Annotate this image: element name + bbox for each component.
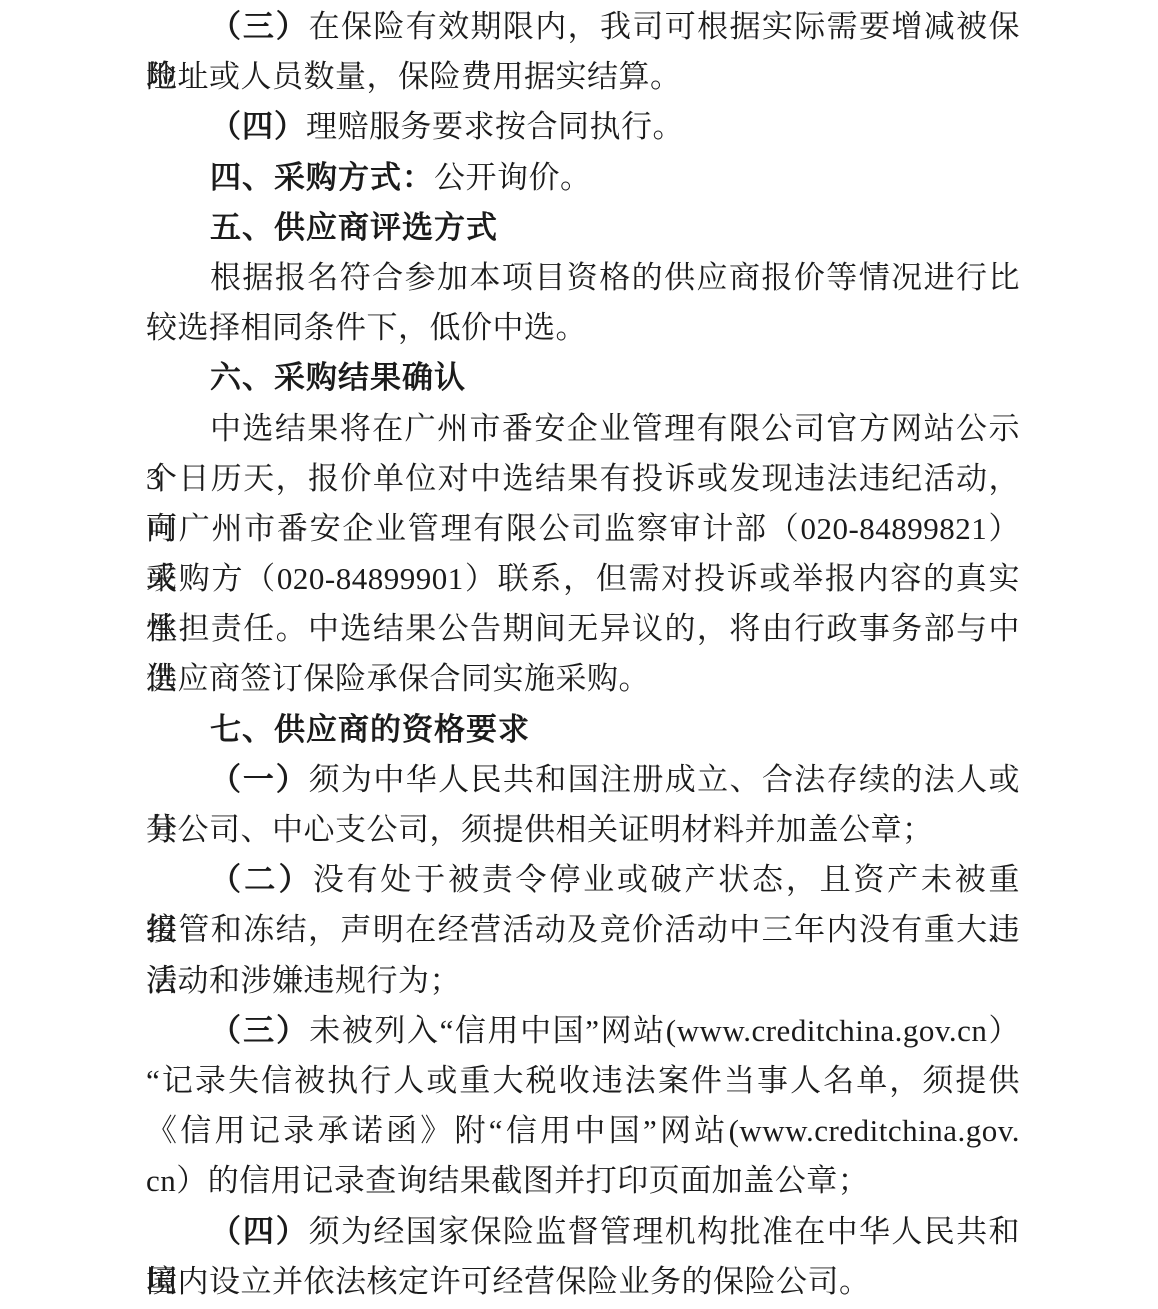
document-line: 活动和涉嫌违规行为； — [146, 956, 1020, 1006]
document-text: 境内设立并依法核定许可经营保险业务的保险公司。 — [146, 1264, 871, 1299]
document-body: （三）在保险有效期限内，我司可根据实际需要增减被保险地址或人员数量，保险费用据实… — [146, 2, 1020, 1307]
document-text: 《信用记录承诺函》附“信用中国”网站(www.creditchina.gov. — [146, 1113, 1020, 1148]
document-text-bold: （三） — [210, 1013, 309, 1048]
document-line: 较选择相同条件下，低价中选。 — [146, 303, 1020, 353]
document-line: （四）须为经国家保险监督管理机构批准在中华人民共和国 — [146, 1207, 1020, 1257]
document-text-bold: 四、采购方式： — [210, 160, 434, 195]
document-line: （三）在保险有效期限内，我司可根据实际需要增减被保险 — [146, 2, 1020, 52]
document-text: 根据报名符合参加本项目资格的供应商报价等情况进行比 — [210, 260, 1020, 295]
document-text: 活动和涉嫌违规行为； — [146, 963, 461, 998]
document-text-bold: （一） — [210, 762, 309, 797]
document-text: 分公司、中心支公司，须提供相关证明材料并加盖公章； — [146, 812, 934, 847]
document-line: 五、供应商评选方式 — [146, 203, 1020, 253]
document-text-bold: （四） — [210, 109, 306, 144]
document-text: “记录失信被执行人或重大税收违法案件当事人名单，须提供 — [146, 1063, 1020, 1098]
document-page: （三）在保险有效期限内，我司可根据实际需要增减被保险地址或人员数量，保险费用据实… — [0, 0, 1158, 1309]
document-text-bold: （四） — [210, 1214, 309, 1249]
document-line: 接管和冻结，声明在经营活动及竞价活动中三年内没有重大违法 — [146, 905, 1020, 955]
document-line: 采购方（020-84899901）联系，但需对投诉或举报内容的真实性 — [146, 554, 1020, 604]
document-line: （一）须为中华人民共和国注册成立、合法存续的法人或其 — [146, 755, 1020, 805]
document-text-bold: 五、供应商评选方式 — [210, 210, 498, 245]
document-line: 中选结果将在广州市番安企业管理有限公司官方网站公示 3 — [146, 404, 1020, 454]
document-line: 个日历天，报价单位对中选结果有投诉或发现违法违纪活动，可 — [146, 454, 1020, 504]
document-text: 地址或人员数量，保险费用据实结算。 — [146, 59, 682, 94]
document-text: 未被列入“信用中国”网站(www.creditchina.gov.cn） — [309, 1013, 1020, 1048]
document-text-bold: 六、采购结果确认 — [210, 360, 466, 395]
document-text: 供应商签订保险承保合同实施采购。 — [146, 661, 650, 696]
document-line: （二）没有处于被责令停业或破产状态，且资产未被重组、 — [146, 855, 1020, 905]
document-text: 公开询价。 — [434, 160, 592, 195]
document-line: 境内设立并依法核定许可经营保险业务的保险公司。 — [146, 1257, 1020, 1307]
document-line: 地址或人员数量，保险费用据实结算。 — [146, 52, 1020, 102]
document-text: 理赔服务要求按合同执行。 — [306, 109, 684, 144]
document-line: cn）的信用记录查询结果截图并打印页面加盖公章； — [146, 1156, 1020, 1206]
document-line: 六、采购结果确认 — [146, 353, 1020, 403]
document-text-bold: （二） — [210, 862, 313, 897]
document-text-bold: 七、供应商的资格要求 — [210, 712, 530, 747]
document-line: 承担责任。中选结果公告期间无异议的，将由行政事务部与中选 — [146, 604, 1020, 654]
document-text: cn）的信用记录查询结果截图并打印页面加盖公章； — [146, 1163, 869, 1198]
document-line: 《信用记录承诺函》附“信用中国”网站(www.creditchina.gov. — [146, 1106, 1020, 1156]
document-line: 分公司、中心支公司，须提供相关证明材料并加盖公章； — [146, 805, 1020, 855]
document-line: （三）未被列入“信用中国”网站(www.creditchina.gov.cn） — [146, 1006, 1020, 1056]
document-line: 七、供应商的资格要求 — [146, 705, 1020, 755]
document-line: “记录失信被执行人或重大税收违法案件当事人名单，须提供 — [146, 1056, 1020, 1106]
document-line: 向广州市番安企业管理有限公司监察审计部（020-84899821）或 — [146, 504, 1020, 554]
document-text: 较选择相同条件下，低价中选。 — [146, 310, 587, 345]
document-line: 根据报名符合参加本项目资格的供应商报价等情况进行比 — [146, 253, 1020, 303]
document-line: （四）理赔服务要求按合同执行。 — [146, 102, 1020, 152]
document-line: 供应商签订保险承保合同实施采购。 — [146, 654, 1020, 704]
document-text-bold: （三） — [210, 9, 309, 44]
document-line: 四、采购方式：公开询价。 — [146, 153, 1020, 203]
